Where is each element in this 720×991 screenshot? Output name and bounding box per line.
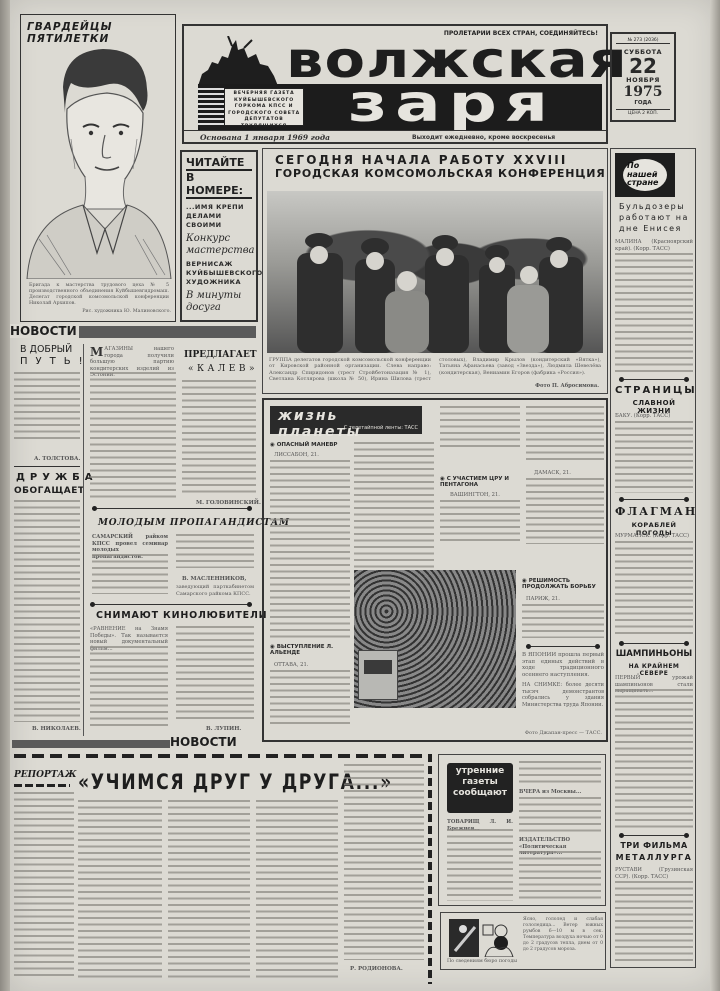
news-bottom-rubric: НОВОСТИ [170, 735, 237, 749]
divider [619, 499, 689, 500]
in-issue-item-1[interactable]: ...ИМЯ КРЕПИ ДЕЛАМИ СВОИМИ [186, 203, 252, 230]
divider [526, 646, 600, 647]
news-story4-body [182, 380, 256, 496]
world-rubric-banner: жизнь планеты С телетайпной ленты: ТАСС [270, 406, 422, 434]
news-story6-body-2 [176, 626, 254, 722]
masthead-bottom-rule [184, 130, 606, 131]
story-bulldozers-dateline: МАЛИНА (Красноярский край). (Корр. ТАСС) [615, 239, 693, 252]
story-pages-body [615, 421, 693, 493]
story-bulldozers-body [615, 253, 693, 373]
news-story1-title-2: ПУТЬ! [20, 356, 91, 367]
reportage-col3 [168, 800, 250, 980]
news-bottom-rubric-bar [12, 740, 170, 748]
news-story4-title-2: «КАЛЕВ» [188, 364, 258, 374]
story-mushrooms-title-1: ШАМПИНЬОНЫ [615, 649, 693, 659]
divider [92, 508, 252, 509]
story-flagship-body [615, 541, 693, 637]
lead-photo-caption: ГРУППА делегатов городской комсомольской… [269, 357, 601, 383]
reportage-dashed-rule [14, 754, 432, 758]
news-story1-title-1: В ДОБРЫЙ [20, 344, 72, 355]
price: ЦЕНА 2 КОП. [616, 109, 670, 116]
founded-date: Основана 1 января 1969 года [200, 133, 330, 142]
news-story6-title: СНИМАЮТ КИНОЛЮБИТЕЛИ [96, 610, 267, 621]
bus-shape [358, 650, 398, 700]
portrait-caption: Бригада к мастерства трудового цеха № 5 … [29, 283, 169, 307]
reportage-side-dashes [428, 754, 432, 984]
world-item-1-title: ◉ ОПАСНЫЙ МАНЕВР [270, 442, 337, 448]
in-issue-item-2[interactable]: Конкурс мастерства [186, 233, 252, 257]
news-story6-author: В. ЛУПИН. [206, 726, 241, 733]
morning-papers-rubric: утренние газеты сообщают [447, 763, 513, 813]
lead-headline-1: СЕГОДНЯ НАЧАЛА РАБОТУ XXVIII [275, 153, 568, 167]
japan-photo-caption-note: НА СНИМКЕ: более десяти тысяч демонстран… [522, 682, 604, 708]
column-rule [83, 344, 84, 736]
news-story5-author-title: заведующий парткабинетом Самарского райк… [176, 584, 254, 597]
world-item-2-body [440, 500, 520, 544]
divider [90, 604, 252, 605]
news-story2-author: В. НИКОЛАЕВ. [32, 726, 81, 733]
story-bulldozers-title: Бульдозеры работают на дне Енисея [619, 201, 695, 234]
news-story4-author: М. ГОЛОВИНСКИЙ. [196, 500, 261, 507]
story-films-title-1: ТРИ ФИЛЬМА [615, 841, 693, 850]
story-flagship-title-1: ФЛАГМАН [615, 505, 693, 518]
news-story6-body [90, 646, 168, 726]
right-column: По нашей стране Бульдозеры работают на д… [610, 148, 696, 968]
portrait-drawing [25, 39, 173, 279]
world-item-2-dateline: ВАШИНГТОН, 21. [450, 492, 500, 499]
lead-photo-credit: Фото П. Абросимова. [535, 383, 599, 390]
delegates-figures [267, 191, 603, 353]
story-pages-dateline: БАКУ. (Корр. ТАСС) [615, 413, 693, 420]
reportage-rubric: РЕПОРТАЖ [14, 770, 77, 780]
lead-story: СЕГОДНЯ НАЧАЛА РАБОТУ XXVIII ГОРОДСКАЯ К… [262, 148, 608, 394]
news-story5-body [92, 554, 168, 594]
story-films-title-2: МЕТАЛЛУРГА [615, 853, 693, 862]
news-story5-body-2 [176, 534, 254, 568]
year: 1975 [612, 84, 674, 100]
reportage-col4 [256, 800, 338, 980]
in-issue-title-1: ЧИТАЙТЕ [186, 156, 252, 171]
issue-number: № 273 (2036) [616, 38, 670, 44]
day-number: 22 [612, 56, 674, 76]
world-item-1-dateline: ЛИССАБОН, 21. [274, 452, 319, 459]
divider [619, 835, 689, 836]
news-story5-title: МОЛОДЫМ ПРОПАГАНДИСТАМ [98, 518, 290, 528]
masthead: ПРОЛЕТАРИИ ВСЕХ СТРАН, СОЕДИНЯЙТЕСЬ! ВЕЧ… [182, 24, 608, 144]
year-word: ГОДА [612, 100, 674, 106]
reportage-author: Р. РОДИОНОВА. [350, 966, 403, 973]
month: НОЯБРЯ [612, 76, 674, 84]
world-item-4-body [522, 604, 604, 638]
item-bullet-icon: ◉ [270, 442, 277, 448]
story-mushrooms-body [615, 689, 693, 829]
dateline-box: № 273 (2036) СУББОТА 22 НОЯБРЯ 1975 ГОДА… [610, 32, 676, 122]
world-col3-top-body [440, 406, 520, 448]
news-rubric: НОВОСТИ [10, 324, 79, 338]
world-item-1-body [270, 460, 350, 638]
world-item-4-dateline: ПАРИЖ, 21. [526, 596, 560, 603]
world-item-3-title: ◉ ВЫСТУПЛЕНИЕ Л. АЛЬЕНДЕ [270, 644, 350, 656]
divider [619, 643, 689, 644]
news-story1-body [14, 372, 80, 442]
reportage-rubric-underline [14, 784, 70, 787]
lead-headline-2: ГОРОДСКАЯ КОМСОМОЛЬСКАЯ КОНФЕРЕНЦИЯ [275, 167, 606, 180]
news-story2-body [14, 500, 80, 722]
morning-papers-col1-body [447, 829, 513, 901]
story-flagship-dateline: МУРМАНСК. (Корр. ТАСС) [615, 533, 693, 540]
reportage-col1 [14, 792, 74, 980]
in-issue-title-2: В НОМЕРЕ: [186, 171, 252, 199]
world-item-4-title: ◉ РЕШИМОСТЬ ПРОДОЛЖАТЬ БОРЬБУ [522, 578, 606, 590]
portrait-credit: Рис. художника Ю. Малиновского. [81, 309, 171, 316]
world-item-5-dateline: ДАМАСК, 21. [534, 470, 571, 477]
weather-illustration [449, 919, 515, 957]
story-films-dateline: РУСТАВИ (Грузинская ССР). (Корр. ТАСС) [615, 867, 693, 880]
news-story2-title-1: ДРУЖБА [16, 472, 98, 483]
morning-papers-col2-body [519, 797, 601, 833]
morning-papers-item-2: ВЧЕРА из Москвы... [519, 789, 601, 796]
publisher-block: ВЕЧЕРНЯЯ ГАЗЕТА КУЙБЫШЕВСКОГО ГОРКОМА КП… [224, 88, 304, 126]
newspaper-name-line2: заря [348, 78, 556, 130]
in-issue-box: ЧИТАЙТЕ В НОМЕРЕ: ...ИМЯ КРЕПИ ДЕЛАМИ СВ… [180, 150, 258, 322]
page-edge-right [710, 0, 720, 991]
news-story4-title-1: ПРЕДЛАГАЕТ [184, 350, 257, 360]
world-item-3-body [270, 670, 350, 726]
divider [14, 466, 80, 467]
publication-frequency: Выходит ежедневно, кроме воскресенья [412, 134, 555, 141]
reportage-col2 [78, 800, 162, 980]
weather-box: По сведениям бюро погоды Ясно, гололед и… [440, 912, 606, 970]
by-our-country-rubric: По нашей стране [615, 153, 675, 197]
world-item-5-body [526, 478, 604, 544]
news-story3-body [90, 372, 176, 500]
world-item-3-dateline: ОТТАВА, 21. [274, 662, 308, 669]
monument-emblem [198, 36, 278, 86]
morning-papers-col2-top [519, 761, 601, 785]
weather-text: Ясно, гололед и слабая гололедица... Вет… [523, 917, 603, 953]
reportage-col5 [344, 764, 424, 960]
divider [619, 379, 689, 380]
japan-photo-credit: Фото Джапан-пресс — ТАСС. [525, 730, 602, 737]
story-pages-title-1: СТРАНИЦЫ [615, 385, 693, 396]
in-issue-item-4[interactable]: В минуты досуга [186, 290, 252, 314]
world-item-2-title: ◉ С УЧАСТИЕМ ЦРУ И ПЕНТАГОНА [440, 476, 520, 488]
in-issue-item-3[interactable]: ВЕРНИСАЖ КУЙБЫШЕВСКОГО ХУДОЖНИКА [186, 260, 252, 287]
news-story5-author: В. МАСЛЕННИКОВ, [182, 576, 246, 583]
portrait-feature: ГВАРДЕЙЦЫ ПЯТИЛЕТКИ Бригада к мастерства… [20, 14, 176, 322]
world-section: жизнь планеты С телетайпной ленты: ТАСС … [262, 398, 608, 742]
news-story1-author: А. ТОЛСТОВА. [34, 456, 80, 463]
morning-papers-col2-body-2 [519, 851, 601, 901]
story-films-body [615, 881, 693, 963]
weather-caption: По сведениям бюро погоды [447, 959, 517, 966]
lead-photo [267, 191, 603, 353]
japan-protest-photo [354, 570, 516, 708]
world-col4-body [526, 406, 604, 464]
newspaper-page: ГВАРДЕЙЦЫ ПЯТИЛЕТКИ Бригада к мастерства… [10, 0, 715, 991]
japan-photo-caption-lead: В ЯПОНИИ прошла первый этап единых дейст… [522, 652, 604, 678]
morning-papers-box: утренние газеты сообщают ТОВАРИЩ Л. И. Б… [438, 754, 606, 906]
news-story2-title-2: ОБОГАЩАЕТ [14, 486, 85, 496]
